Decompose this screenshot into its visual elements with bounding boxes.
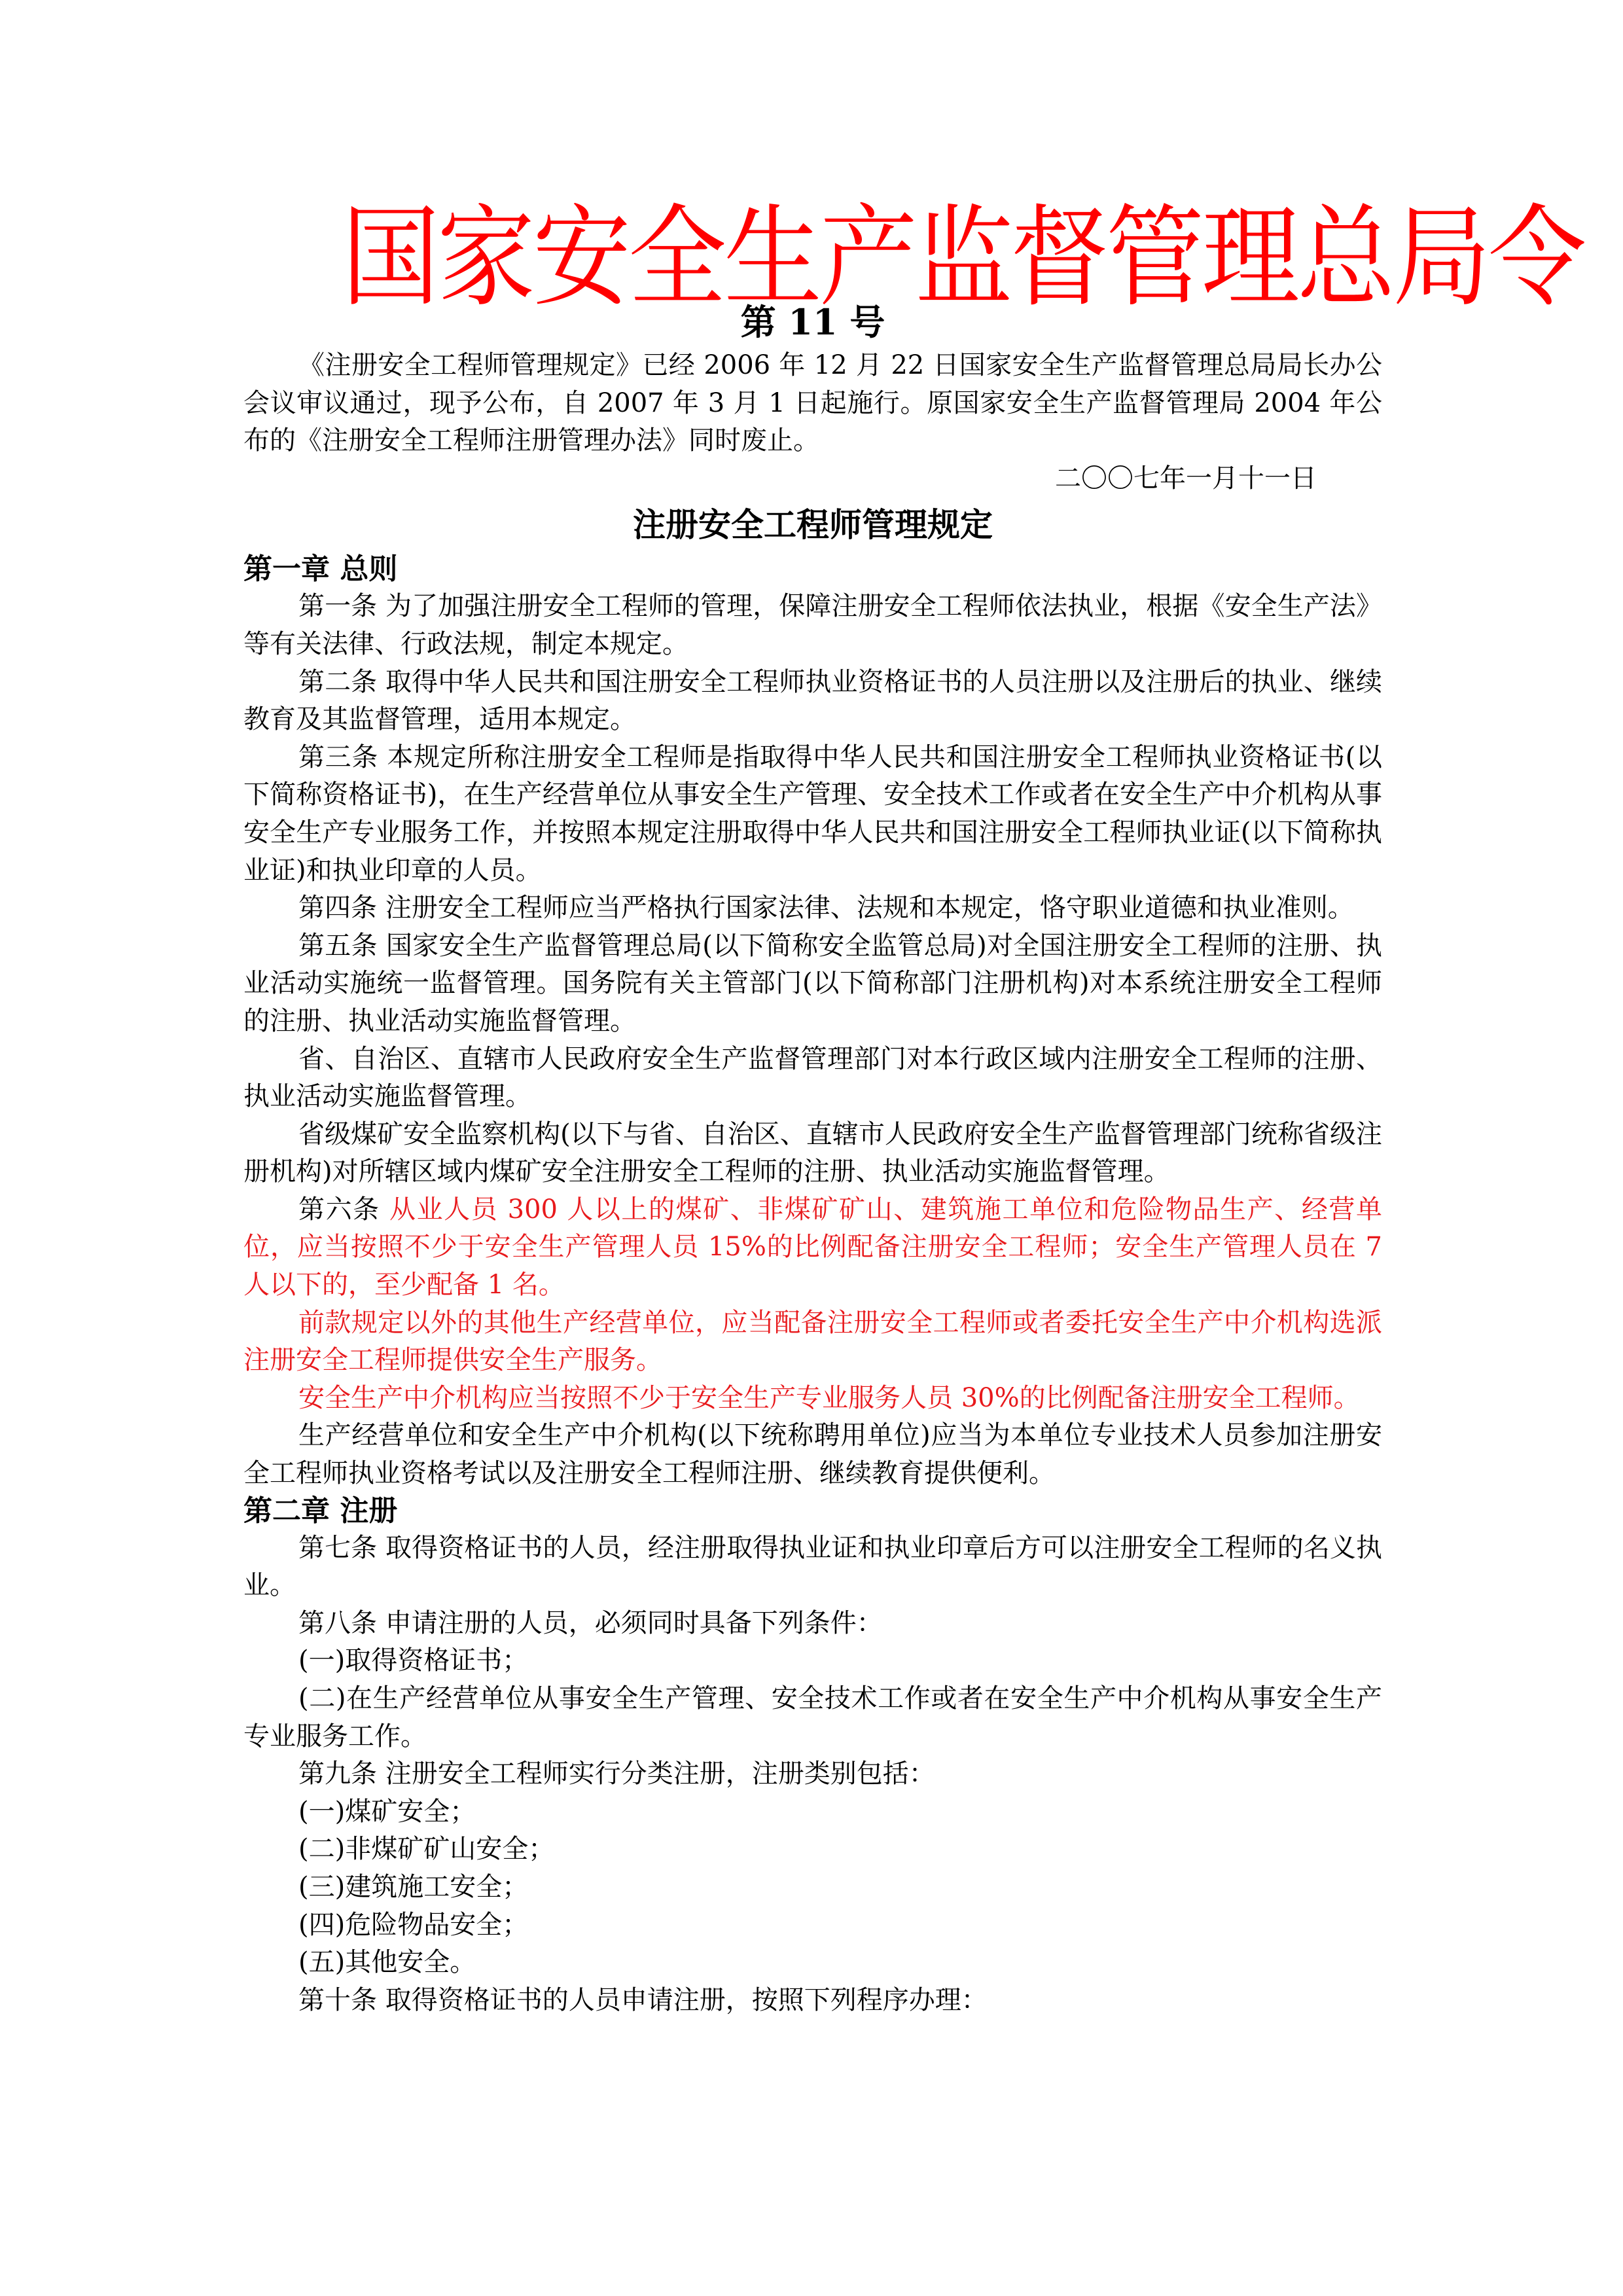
chapter-heading-2: 第二章 注册	[243, 1493, 1382, 1530]
condition-2: (二)在生产经营单位从事安全生产管理、安全技术工作或者在安全生产中介机构从事安全…	[243, 1680, 1382, 1755]
article-5-para-2: 省、自治区、直辖市人民政府安全生产监督管理部门对本行政区域内注册安全工程师的注册…	[243, 1041, 1382, 1116]
preamble-text: 《注册安全工程师管理规定》已经 2006 年 12 月 22 日国家安全生产监督…	[243, 347, 1382, 460]
article-7: 第七条 取得资格证书的人员，经注册取得执业证和执业印章后方可以注册安全工程师的名…	[243, 1530, 1382, 1605]
article-4: 第四条 注册安全工程师应当严格执行国家法律、法规和本规定，恪守职业道德和执业准则…	[243, 889, 1382, 927]
category-2: (二)非煤矿矿山安全；	[243, 1831, 1382, 1869]
article-1: 第一条 为了加强注册安全工程师的管理，保障注册安全工程师依法执业，根据《安全生产…	[243, 588, 1382, 663]
article-6: 第六条 从业人员 300 人以上的煤矿、非煤矿矿山、建筑施工单位和危险物品生产、…	[243, 1191, 1382, 1304]
category-5: (五)其他安全。	[243, 1944, 1382, 1982]
category-3: (三)建筑施工安全；	[243, 1869, 1382, 1907]
article-8: 第八条 申请注册的人员，必须同时具备下列条件：	[243, 1605, 1382, 1643]
article-6-label: 第六条	[298, 1194, 389, 1225]
chapter-heading-1: 第一章 总则	[243, 551, 1382, 588]
article-10: 第十条 取得资格证书的人员申请注册，按照下列程序办理：	[243, 1982, 1382, 2020]
preamble-date: 二〇〇七年一月十一日	[243, 460, 1382, 498]
article-6-highlight: 从业人员 300 人以上的煤矿、非煤矿矿山、建筑施工单位和危险物品生产、经营单位…	[243, 1194, 1382, 1300]
article-2: 第二条 取得中华人民共和国注册安全工程师执业资格证书的人员注册以及注册后的执业、…	[243, 664, 1382, 739]
document-body: 《注册安全工程师管理规定》已经 2006 年 12 月 22 日国家安全生产监督…	[243, 347, 1382, 2019]
category-1: (一)煤矿安全；	[243, 1793, 1382, 1831]
article-5: 第五条 国家安全生产监督管理总局(以下简称安全监管总局)对全国注册安全工程师的注…	[243, 927, 1382, 1041]
article-6-para-3: 安全生产中介机构应当按照不少于安全生产专业服务人员 30%的比例配备注册安全工程…	[243, 1380, 1382, 1418]
condition-1: (一)取得资格证书；	[243, 1642, 1382, 1680]
article-5-para-3: 省级煤矿安全监察机构(以下与省、自治区、直辖市人民政府安全生产监督管理部门统称省…	[243, 1116, 1382, 1191]
article-3: 第三条 本规定所称注册安全工程师是指取得中华人民共和国注册安全工程师执业资格证书…	[243, 739, 1382, 889]
category-4: (四)危险物品安全；	[243, 1907, 1382, 1945]
article-6-para-2: 前款规定以外的其他生产经营单位，应当配备注册安全工程师或者委托安全生产中介机构选…	[243, 1304, 1382, 1380]
order-number: 第 11 号	[243, 302, 1382, 342]
document-title: 注册安全工程师管理规定	[243, 501, 1382, 548]
article-6-para-4: 生产经营单位和安全生产中介机构(以下统称聘用单位)应当为本单位专业技术人员参加注…	[243, 1417, 1382, 1492]
article-9: 第九条 注册安全工程师实行分类注册，注册类别包括：	[243, 1755, 1382, 1793]
